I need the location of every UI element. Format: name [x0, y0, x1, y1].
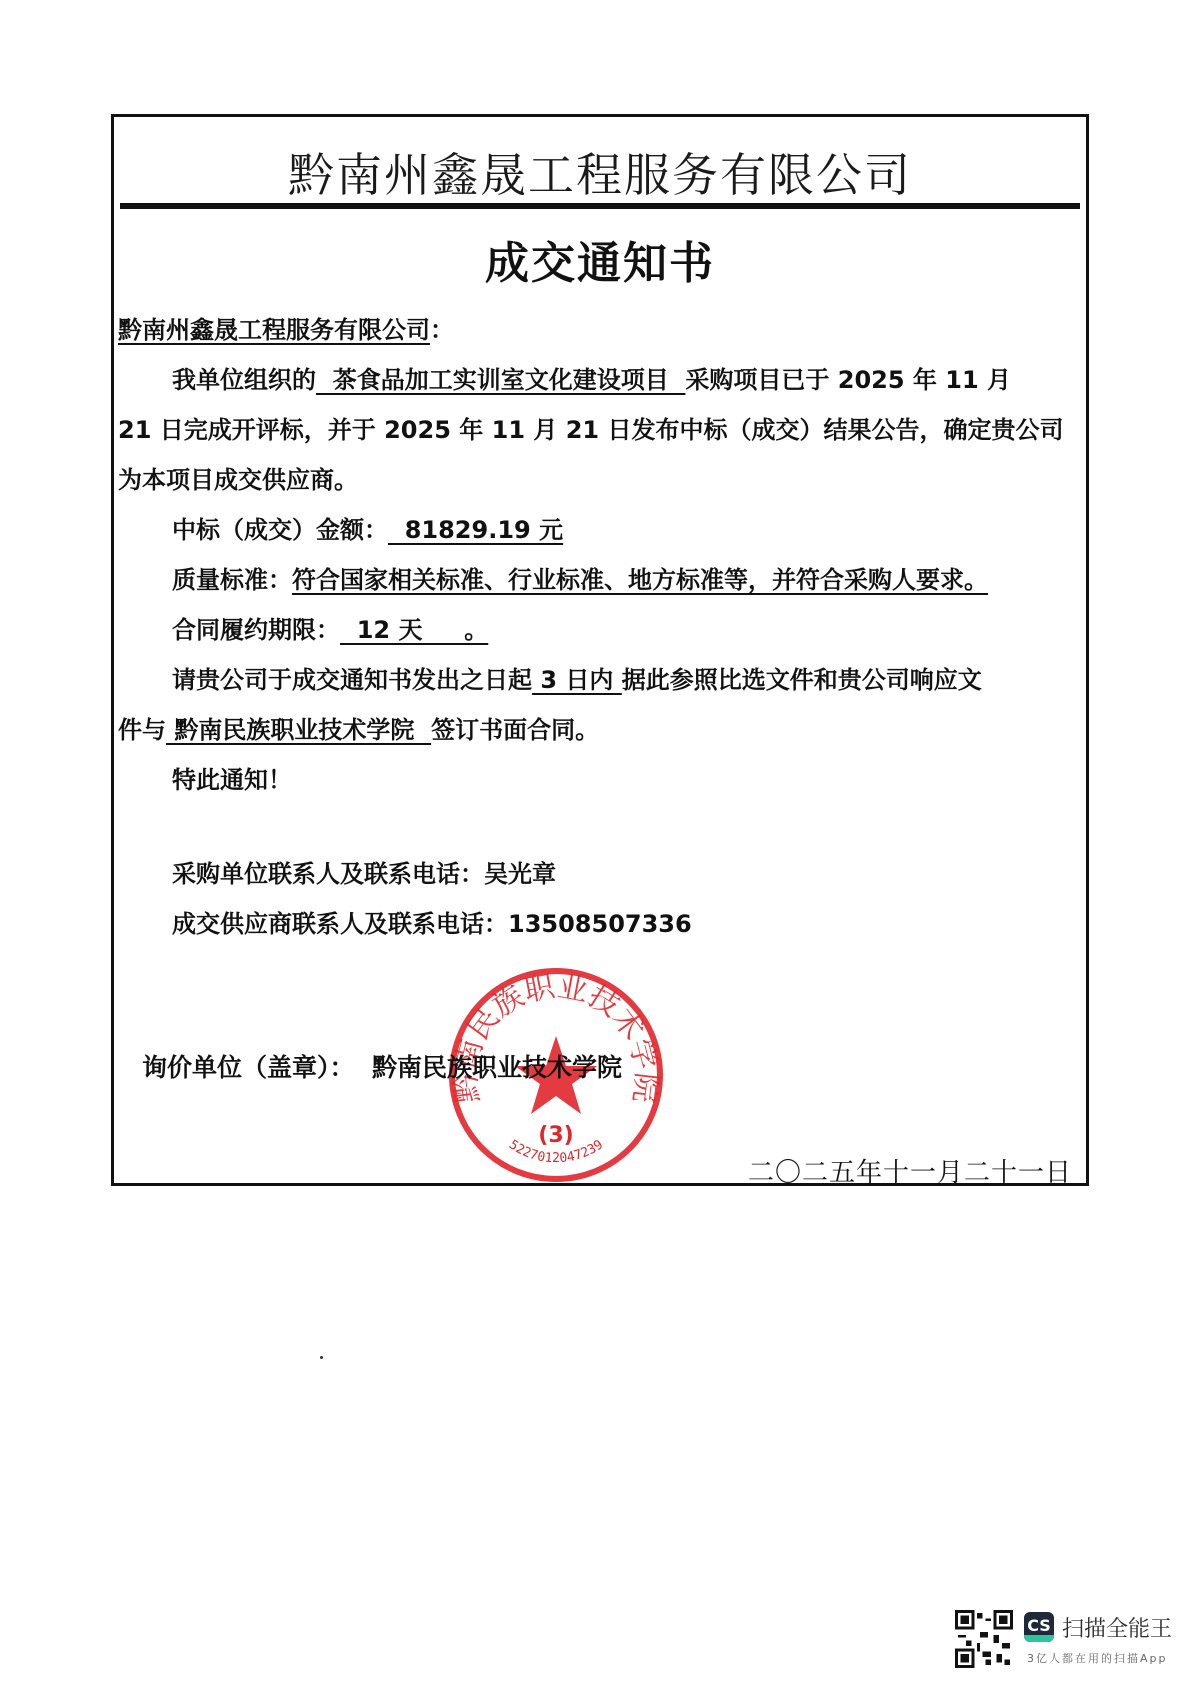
quality-value: 符合国家相关标准、行业标准、地方标准等，并符合采购人要求。 — [292, 566, 988, 594]
paragraph-1-line-1: 我单位组织的 茶食品加工实训室文化建设项目 采购项目已于 2025 年 11 月 — [118, 363, 1082, 397]
app-name: 扫描全能王 — [1062, 1612, 1172, 1643]
purchaser-institution: 黔南民族职业技术学院 — [166, 716, 431, 744]
quality-line: 质量标准：符合国家相关标准、行业标准、地方标准等，并符合采购人要求。 — [118, 563, 1082, 597]
supplier-contact: 成交供应商联系人及联系电话：13508507336 — [118, 907, 1082, 941]
amount-line: 中标（成交）金额： 81829.19 元 — [118, 513, 1082, 547]
sign-deadline: 3 日内 — [532, 666, 622, 694]
camscanner-logo-icon: CS — [1024, 1612, 1054, 1642]
period-line: 合同履约期限： 12 天 。 — [118, 613, 1082, 647]
scan-speck — [320, 1356, 323, 1359]
qr-code-icon — [955, 1610, 1013, 1668]
amount-value: 81829.19 元 — [388, 516, 563, 544]
paragraph-1-line-3: 为本项目成交供应商。 — [118, 463, 1082, 497]
document-title: 成交通知书 — [114, 227, 1086, 291]
company-header: 黔南州鑫晟工程服务有限公司 — [114, 139, 1086, 205]
app-slogan: 3亿人都在用的扫描App — [1027, 1650, 1168, 1666]
svg-text:(3): (3) — [538, 1123, 573, 1148]
recipient-name: 黔南州鑫晟工程服务有限公司 — [118, 316, 430, 344]
paragraph-2-line-1: 请贵公司于成交通知书发出之日起 3 日内 据此参照比选文件和贵公司响应文 — [118, 663, 1082, 697]
period-value: 12 天 。 — [340, 616, 488, 644]
recipient-line: 黔南州鑫晟工程服务有限公司： — [118, 313, 1082, 347]
paragraph-2-line-2: 件与 黔南民族职业技术学院 签订书面合同。 — [118, 713, 1082, 747]
notice-closing: 特此通知！ — [118, 763, 1082, 797]
issue-date: 二〇二五年十一月二十一日 — [748, 1152, 1072, 1189]
inquiry-unit: 询价单位（盖章）： 黔南民族职业技术学院 — [142, 1048, 622, 1084]
project-name: 茶食品加工实训室文化建设项目 — [316, 366, 685, 394]
header-divider — [120, 203, 1080, 209]
paragraph-1-line-2: 21 日完成开评标，并于 2025 年 11 月 21 日发布中标（成交）结果公… — [118, 413, 1082, 447]
purchaser-contact: 采购单位联系人及联系电话：吴光章 — [118, 857, 1082, 891]
